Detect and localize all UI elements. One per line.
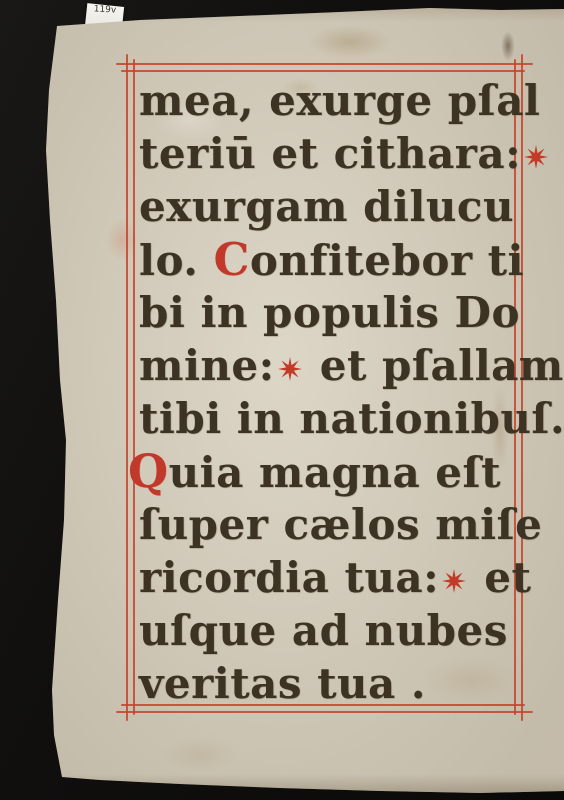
ink-text: exurgam dilucu	[139, 182, 514, 231]
text-line-11: uſque ad nubes	[139, 604, 531, 657]
folio-number-label: 119v	[94, 4, 117, 16]
text-line-3: exurgam dilucu	[139, 180, 531, 233]
frame-line-inner-left	[133, 59, 135, 715]
frame-line-outer-bottom	[116, 711, 533, 713]
ink-text: et pſallam	[305, 341, 564, 390]
text-line-1: mea, exurge pſal	[139, 74, 531, 127]
text-line-7: tibi in nationibuſ.	[139, 392, 531, 445]
rubric-initial-q: Q	[128, 444, 169, 498]
ink-text: mea, exurge pſal	[139, 76, 540, 125]
ink-text: mine:	[139, 341, 275, 390]
ink-text: tibi in nationibuſ.	[139, 394, 564, 443]
ink-text: ſuper cælos miſe	[139, 500, 542, 549]
ink-text: uia magna eſt	[169, 448, 501, 497]
ink-text: lo.	[139, 236, 213, 285]
verse-asterisk-icon	[278, 357, 302, 381]
ink-text: et	[469, 553, 531, 602]
ink-text: uſque ad nubes	[139, 606, 508, 655]
ink-text: veritas tua .	[139, 659, 426, 708]
text-line-5: bi in populis Do	[139, 286, 531, 339]
ink-text: ricordia tua:	[139, 553, 439, 602]
text-line-4: lo. Confitebor ti	[139, 233, 531, 286]
ink-text: bi in populis Do	[139, 288, 520, 337]
ink-text: teriū et cithara:	[139, 129, 521, 178]
verse-asterisk-icon	[524, 145, 548, 169]
text-line-10: ricordia tua: et	[139, 551, 531, 604]
manuscript-photo: 119v mea, exurge pſal teriū et cithara: …	[0, 0, 564, 800]
rubric-initial-c: C	[213, 233, 249, 286]
verse-asterisk-icon	[442, 569, 466, 593]
frame-line-outer-left	[126, 54, 128, 721]
text-line-8: Quia magna eſt	[139, 445, 531, 498]
text-line-6: mine: et pſallam	[139, 339, 531, 392]
frame-line-outer-top	[116, 63, 533, 65]
text-line-2: teriū et cithara:	[139, 127, 531, 180]
text-block: mea, exurge pſal teriū et cithara: exurg…	[139, 74, 531, 710]
text-line-9: ſuper cælos miſe	[139, 498, 531, 551]
text-line-12: veritas tua .	[139, 657, 531, 710]
frame-line-inner-top	[121, 70, 525, 72]
ink-text: onfitebor ti	[250, 236, 524, 285]
